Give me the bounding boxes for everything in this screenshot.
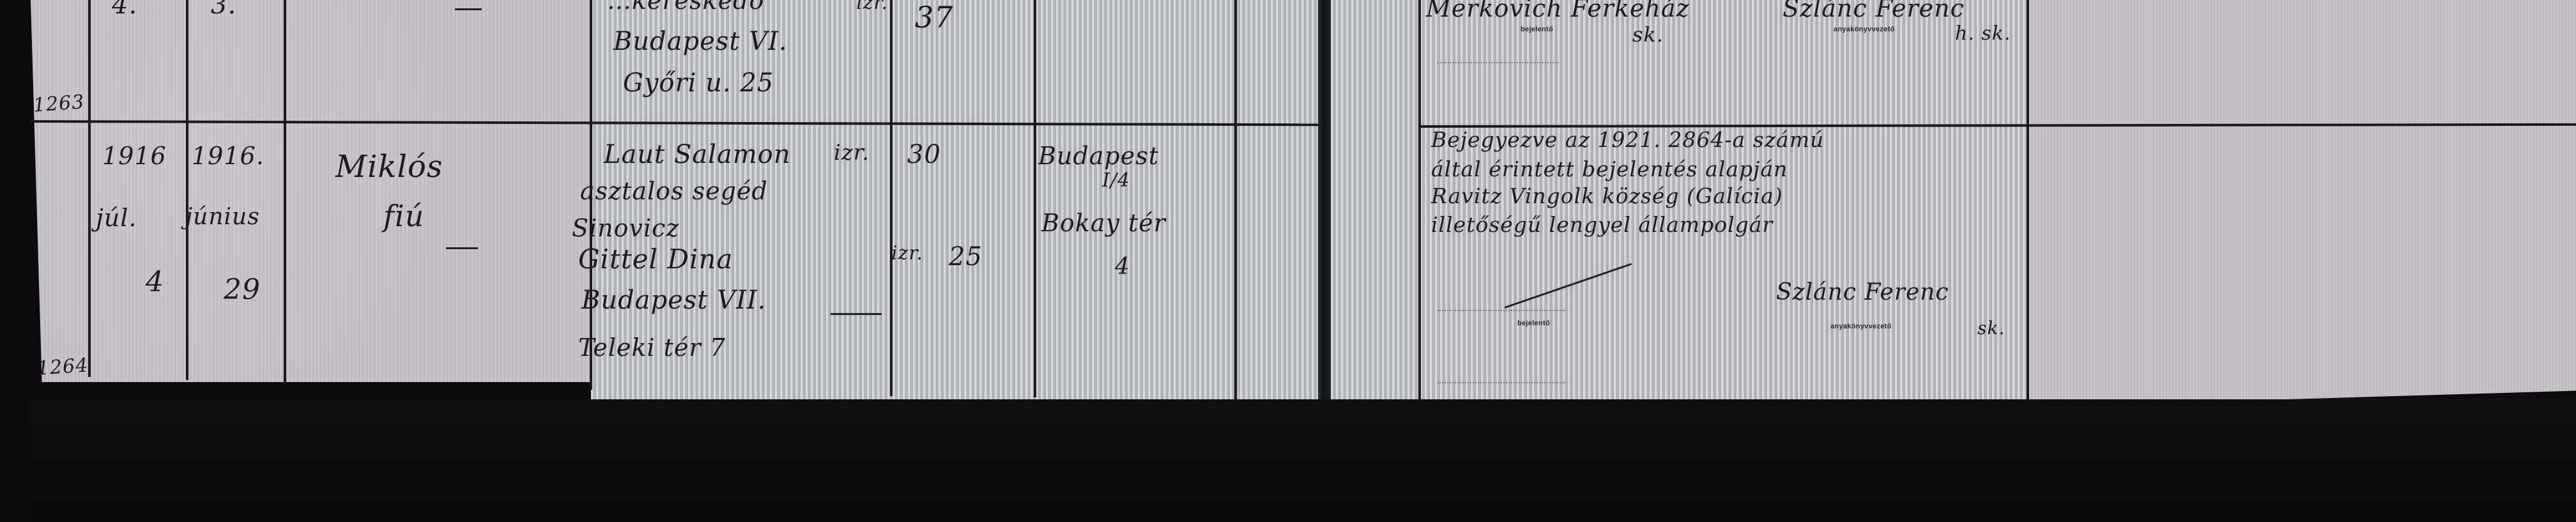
entry-1264-father-age: 30 (907, 142, 941, 167)
entry-1264-mother-age: 25 (949, 244, 983, 270)
entry-1264-name-dash (446, 247, 478, 249)
entry-1264-reg-year: 1916. (192, 144, 264, 168)
col-rule-8 (1418, 0, 1421, 407)
entry-1264-father-occupation: asztalos segéd (580, 179, 768, 203)
entry-1264-mother-religion: izr. (891, 244, 923, 263)
entry-1264-parents-address-line2: Teleki tér 7 (578, 335, 726, 360)
entry-1264-bottom-dotted (1437, 382, 1565, 383)
right-page-margin-strip (1331, 0, 1420, 407)
entry-1263-address-line2: Győri u. 25 (623, 70, 774, 96)
entry-1264-mother-name-line1: Sinovicz (572, 216, 679, 240)
entry-1263-address-line1: Budapest VI. (613, 29, 788, 54)
entry-1264-birthplace-line1: Budapest (1038, 144, 1159, 168)
col-rule-2 (186, 0, 188, 380)
left-shadow (0, 0, 31, 522)
entry-1264-note-line3: Ravitz Vingolk község (Galícia) (1431, 185, 1783, 206)
entry-1264-parents-address-line1: Budapest VII. (581, 288, 766, 313)
register-photo: 4. 3. …kereskedő izr. 37 Budapest VI. Gy… (0, 0, 2576, 522)
entry-1263-declarant-label: bejelentő (1521, 26, 1553, 33)
entry-1264-father-name: Laut Salamon (604, 142, 791, 167)
entry-1264-reg-month: június (185, 206, 260, 229)
col-rule-9 (2027, 0, 2029, 407)
entry-1263-name-dash (455, 8, 482, 10)
entry-1264-note-line2: által érintett bejelentés alapján (1431, 158, 1788, 180)
entry-1264-father-religion: izr. (834, 142, 870, 164)
entry-1263-religion: izr. (856, 0, 888, 13)
entry-1263-month-day: 4. (112, 0, 137, 18)
entry-1263-number: 1263 (33, 93, 85, 116)
entry-1264-note-line1: Bejegyezve az 1921. 2864-a számú (1431, 129, 1824, 150)
entry-1264-birth-year: 1916 (102, 144, 167, 168)
bottom-shadow (0, 399, 2576, 522)
entry-1264-mother-name-line2: Gittel Dina (578, 246, 733, 273)
entry-1264-number: 1264 (36, 356, 89, 379)
entry-1264-declarant-dotted (1437, 310, 1565, 311)
col-rule-1 (88, 0, 91, 377)
entry-1263-reg-day: 3. (211, 0, 236, 18)
col-rule-5 (890, 0, 893, 396)
entry-1264-registrar-sk: sk. (1977, 319, 2005, 337)
col-rule-7 (1234, 0, 1237, 399)
left-page-margin-area (31, 0, 593, 382)
entry-1263-registrar-name: Szlánc Ferenc (1782, 0, 1965, 20)
entry-1263-occupation: …kereskedő (607, 0, 764, 13)
entry-1264-birthplace-district: I/4 (1102, 171, 1130, 190)
entry-1264-address-underline (831, 313, 882, 315)
entry-1263-dotted-line (1437, 62, 1559, 63)
entry-1263-registrar-label: anyakönyvvezető (1834, 26, 1895, 33)
entry-1264-registrar-signature: Szlánc Ferenc (1776, 281, 1949, 304)
entry-1264-child-name: Miklós (335, 151, 443, 182)
entry-1264-birth-month: júl. (96, 206, 137, 230)
entry-1264-registrar-label: anyakönyvvezető (1830, 323, 1892, 330)
entry-1264-reg-day: 29 (224, 276, 261, 304)
entry-1264-birthplace-number: 4 (1115, 256, 1130, 279)
entry-1263-registrar-sk: h. sk. (1955, 24, 2011, 43)
entry-1263-age: 37 (915, 3, 954, 32)
entry-1264-child-sex: fiú (383, 201, 424, 231)
col-rule-6 (1034, 0, 1036, 397)
entry-1264-note-line4: illetőségű lengyel állampolgár (1431, 214, 1773, 235)
entry-1263-declarant-sk: sk. (1632, 24, 1664, 45)
entry-1264-birth-day: 4 (146, 268, 164, 296)
col-rule-3 (284, 0, 286, 383)
binding-gutter (1318, 0, 1331, 407)
entry-1264-declarant-label: bejelentő (1517, 319, 1550, 327)
entry-1264-birthplace-line2: Bokay tér (1041, 211, 1166, 235)
entry-1263-declarant: Merkovich Ferkeház (1426, 0, 1690, 20)
right-page-blank-area (2030, 0, 2576, 407)
